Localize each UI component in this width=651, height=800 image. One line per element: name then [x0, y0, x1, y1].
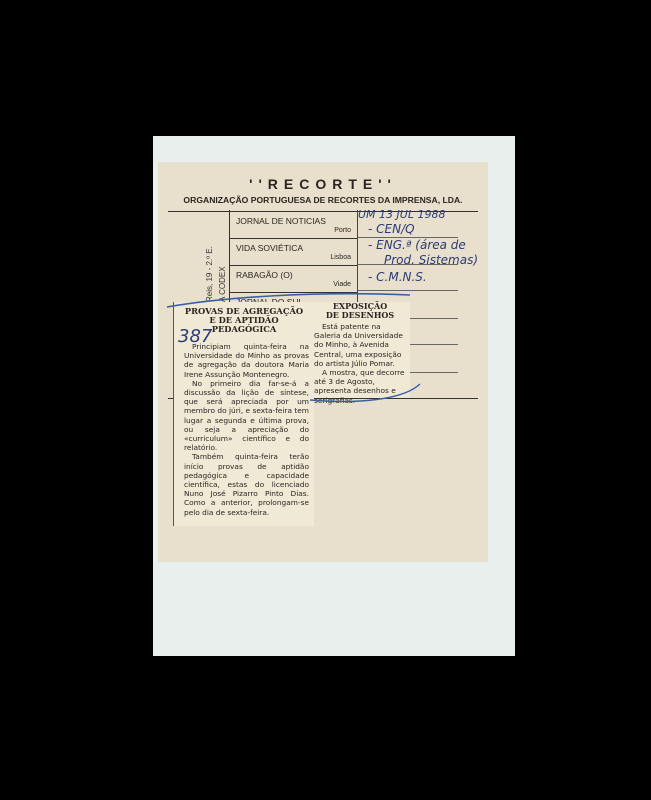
card-title: ''RECORTE'': [158, 176, 488, 192]
publication-city: Lisboa: [330, 254, 351, 261]
paragraph: Está patente na Galeria da Universidade …: [314, 322, 407, 368]
paragraph: No primeiro dia far-se-á a discussão da …: [184, 379, 309, 453]
handwritten-date: UM 13 JUL 1988: [358, 208, 445, 221]
handwritten-line: - ENG.ª (área de: [368, 238, 466, 252]
handwritten-line: - C.M.N.S.: [368, 270, 427, 284]
publication-row: JORNAL DE NOTICIAS Porto: [230, 212, 357, 239]
blue-pen-stroke: [165, 283, 415, 313]
publication-name: VIDA SOVIÉTICA: [236, 243, 303, 253]
handwritten-line: - CEN/Q: [368, 222, 415, 236]
blue-pen-stroke: [308, 378, 428, 408]
publication-name: JORNAL DE NOTICIAS: [236, 216, 326, 226]
paragraph: Também quinta-feira terão início provas …: [184, 452, 309, 516]
organization-name: ORGANIZAÇÃO PORTUGUESA DE RECORTES DA IM…: [158, 195, 488, 205]
paragraph: Principiam quinta-feira na Universidade …: [184, 342, 309, 379]
publication-name: RABAGÃO (O): [236, 270, 293, 280]
handwritten-line: Prod. Sistemas): [384, 253, 478, 267]
publication-row: VIDA SOVIÉTICA Lisboa: [230, 239, 357, 266]
publication-city: Porto: [334, 227, 351, 234]
handwritten-clip-number: 387: [178, 326, 212, 347]
